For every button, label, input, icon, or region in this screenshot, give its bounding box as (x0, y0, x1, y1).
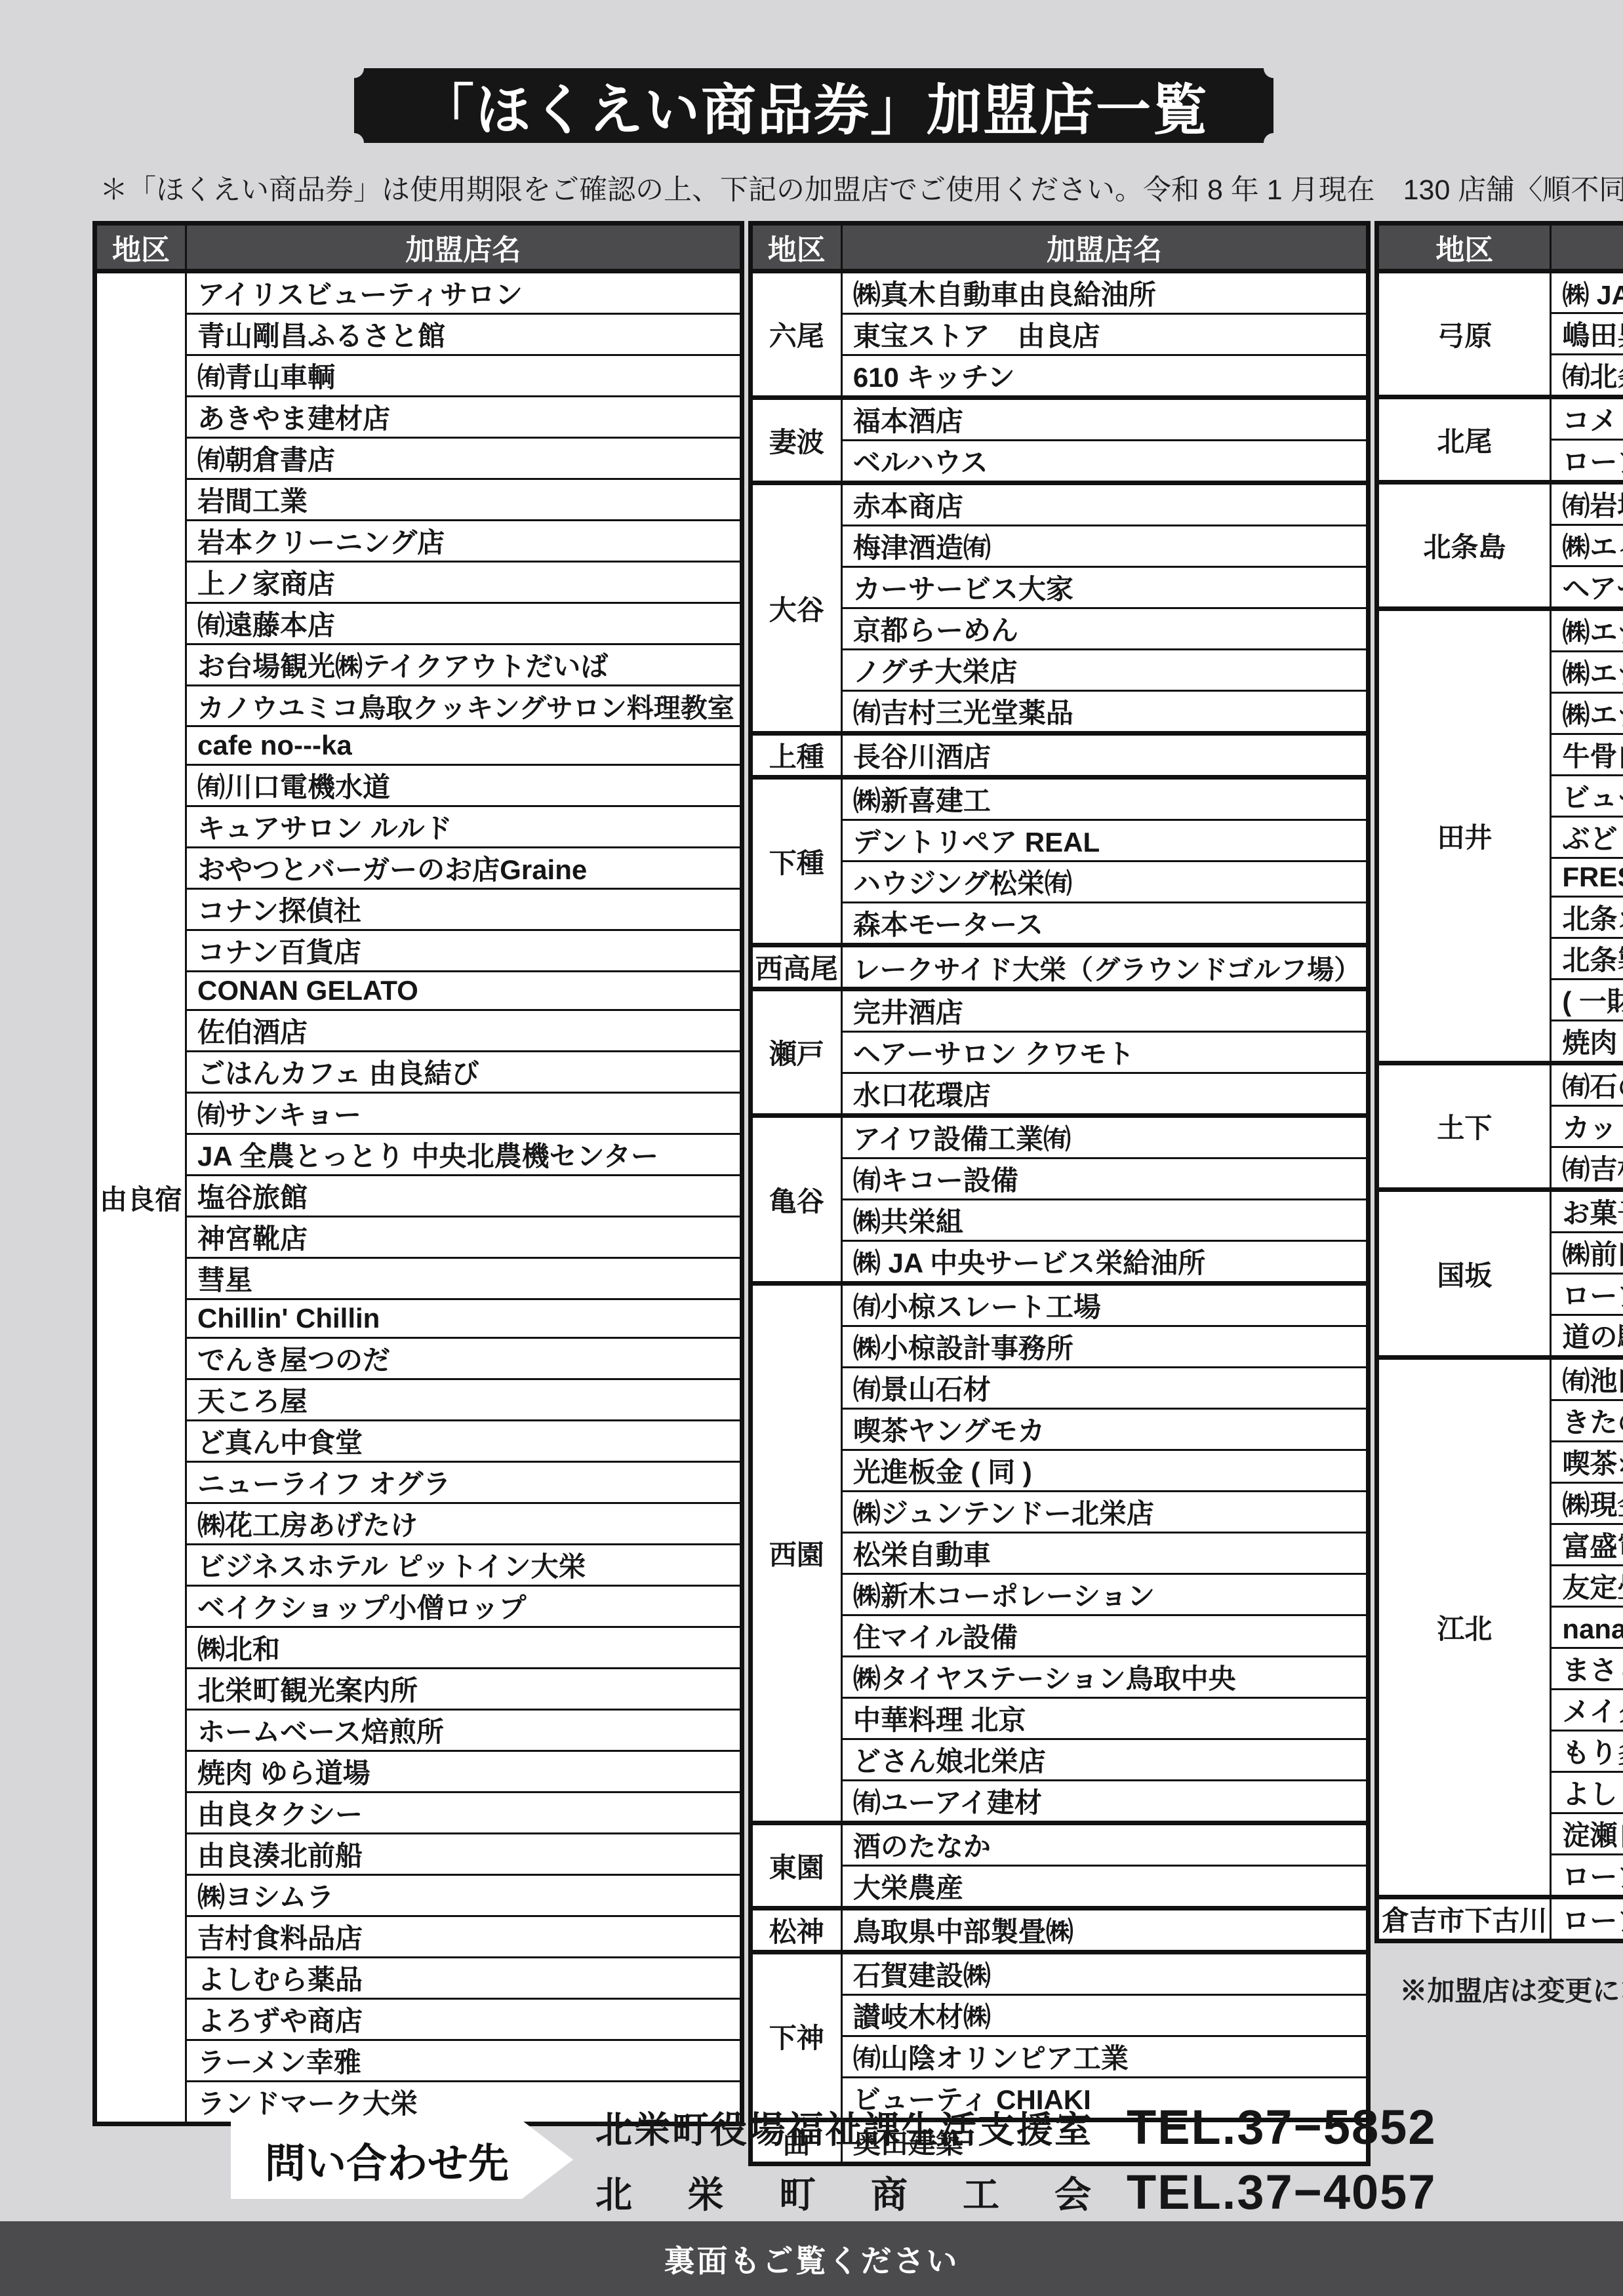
store-cell: 嶋田呉服店 (1551, 313, 1623, 355)
table-row: 佐伯酒店 (95, 1010, 742, 1052)
store-name: ㈱北和 (197, 1628, 280, 1667)
store-cell: 佐伯酒店 (186, 1010, 742, 1052)
store-cell: ㈱ JA中央サービス下北条給油所 (1551, 271, 1623, 313)
table-row: 北条島㈲岩垣組 (1377, 483, 1623, 525)
store-name: 岩本クリーニング店 (197, 521, 445, 561)
table-row: 由良タクシー (95, 1792, 742, 1834)
store-name: 梅津酒造㈲ (853, 526, 991, 566)
district-cell: 北条島 (1377, 483, 1551, 609)
table-row: ベイクショップ小僧ロップ (95, 1586, 742, 1627)
store-cell: 岩間工業 (186, 479, 742, 521)
table-row: どさん娘北栄店 (750, 1739, 1369, 1781)
store-cell: カノウユミコ鳥取クッキングサロン料理教室 (186, 686, 742, 726)
store-cell: cafe no---ka (186, 726, 742, 765)
store-name: 東宝ストア 由良店 (853, 315, 1100, 354)
store-cell: ビューティーサロンかわもと (1551, 776, 1623, 817)
store-name: CONAN GELATO (197, 975, 418, 1006)
store-cell: ぶどうの木 (1551, 817, 1623, 858)
store-name: 喫茶ヤングモカ (853, 1410, 1045, 1449)
store-cell: 北栄町観光案内所 (186, 1669, 742, 1710)
table-row: ㈱北和 (95, 1627, 742, 1669)
store-cell: お菓子工房 Sora (1551, 1190, 1623, 1233)
store-name: ごはんカフェ 由良結び (197, 1052, 479, 1092)
member-store-table: 地区加盟店名弓原㈱ JA中央サービス下北条給油所嶋田呉服店㈲北条サイクル北尾コメ… (1374, 221, 1623, 1943)
store-name: 大栄農産 (853, 1867, 963, 1906)
store-name: 京都らーめん (853, 609, 1018, 648)
table-row: ㈱ジュンテンドー北栄店 (750, 1492, 1369, 1533)
table-row: 下神石賀建設㈱ (750, 1952, 1369, 1995)
table-row: CONAN GELATO (95, 972, 742, 1010)
district-label: 亀谷 (769, 1180, 824, 1219)
store-cell: ローソン北栄町北尾店 (1551, 440, 1623, 483)
store-name: 北条製麺所 (1562, 939, 1623, 978)
table-row: 天ころ屋 (95, 1379, 742, 1421)
store-name: 住マイル設備 (853, 1616, 1018, 1655)
store-name: 北栄町観光案内所 (197, 1669, 418, 1709)
store-cell: お台場観光㈱テイクアウトだいば (186, 644, 742, 686)
store-name: 焼肉 ゆら道場 (197, 1752, 371, 1791)
store-name: メイクショップなな (1562, 1690, 1623, 1730)
store-cell: コメリハード＆グリーン北条店 (1551, 397, 1623, 440)
store-name: ㈱前田自動車 (1562, 1233, 1623, 1273)
district-label: 六尾 (769, 315, 824, 354)
district-label: 北尾 (1437, 420, 1492, 460)
table-row: 由良湊北前船 (95, 1834, 742, 1875)
store-cell: 富盛電器店 (1551, 1524, 1623, 1566)
store-cell: ローソン倉吉下古川店 (1551, 1897, 1623, 1941)
store-name: ローソン・ポプラ北栄町江北店 (1562, 1855, 1623, 1895)
contact-entry: 北栄町役場福祉課生活支援室 TEL.37−5852 (595, 2099, 1436, 2155)
title-corner-notch (344, 133, 364, 153)
store-cell: おやつとバーガーのお店Graine (186, 848, 742, 889)
table-row: 岩本クリーニング店 (95, 521, 742, 562)
table-row: 喫茶ヤングモカ (750, 1409, 1369, 1450)
store-cell: 喫茶ポルシェ (1551, 1442, 1623, 1483)
store-cell: ㈱エナテクスサービス (1551, 652, 1623, 693)
store-name: ㈲小椋スレート工場 (853, 1286, 1101, 1325)
store-cell: 610 キッチン (841, 355, 1369, 398)
back-side-note: 裏面もご覧ください (664, 2237, 959, 2281)
store-cell: まさこ美容室 (1551, 1648, 1623, 1690)
store-cell: ㈱エナテクス (1551, 609, 1623, 652)
store-cell: アイワ設備工業㈲ (841, 1116, 1369, 1158)
title-corner-notch (344, 58, 364, 78)
store-name: 光進板金 ( 同 ) (853, 1451, 1032, 1490)
store-name: 北条オートキャンプ場 (1562, 898, 1623, 937)
store-name: 由良湊北前船 (197, 1834, 363, 1874)
store-name: 由良タクシー (197, 1793, 363, 1832)
store-cell: FRESH GELATO GAGA (1551, 858, 1623, 897)
store-header: 加盟店名 (186, 224, 742, 271)
table-row: 住マイル設備 (750, 1615, 1369, 1657)
table-row: 森本モータース (750, 903, 1369, 945)
table-row: 倉吉市下古川ローソン倉吉下古川店 (1377, 1897, 1623, 1941)
district-cell: 松神 (750, 1909, 841, 1952)
store-cell: キュアサロン ルルド (186, 806, 742, 848)
table-row: ㈱花工房あげたけ (95, 1503, 742, 1545)
store-cell: ㈲岩垣組 (1551, 483, 1623, 525)
store-name: よろずや商店 (197, 2000, 363, 2039)
store-cell: 道の駅ほうじょう※物産館のみ (1551, 1315, 1623, 1358)
store-cell: ㈱北和 (186, 1627, 742, 1669)
table-row: ㈲吉村三光堂薬品 (750, 691, 1369, 734)
store-name: 青山剛昌ふるさと館 (197, 315, 445, 354)
table-row: 東宝ストア 由良店 (750, 314, 1369, 355)
table-row: 松栄自動車 (750, 1533, 1369, 1574)
store-cell: ㈲キコー設備 (841, 1158, 1369, 1200)
district-label: 由良宿 (100, 1178, 182, 1217)
store-cell: ㈲石のなかはら (1551, 1063, 1623, 1106)
district-label: 大谷 (769, 589, 824, 628)
store-name: ㈲岩垣組 (1562, 485, 1623, 524)
store-name: 佐伯酒店 (197, 1011, 308, 1050)
table-row: ㈲キコー設備 (750, 1158, 1369, 1200)
store-cell: 水口花環店 (841, 1073, 1369, 1116)
district-cell: 西園 (750, 1284, 841, 1823)
store-cell: ㈲池田自動車整備工業 (1551, 1358, 1623, 1400)
flyer-page: 「ほくえい商品券」加盟店一覧 ＊「ほくえい商品券」は使用期限をご確認の上、下記の… (0, 0, 1623, 2296)
store-cell: 北条製麺所 (1551, 938, 1623, 980)
store-cell: 鳥取県中部製畳㈱ (841, 1909, 1369, 1952)
store-name: 福本酒店 (853, 400, 963, 439)
store-cell: ㈲吉村オートサービス (1551, 1147, 1623, 1190)
store-name: ㈲北条サイクル (1562, 355, 1623, 395)
district-cell: 瀬戸 (750, 989, 841, 1116)
district-cell: 弓原 (1377, 271, 1551, 397)
table-row: ㈲景山石材 (750, 1368, 1369, 1409)
store-cell: CONAN GELATO (186, 972, 742, 1010)
table-row: ㈱ JA 中央サービス栄給油所 (750, 1241, 1369, 1284)
table-row: ㈲遠藤本店 (95, 603, 742, 644)
district-label: 瀬戸 (769, 1033, 824, 1072)
store-cell: ㈱ JA 中央サービス栄給油所 (841, 1241, 1369, 1284)
store-name: ど真ん中食堂 (197, 1421, 363, 1461)
district-cell: 国坂 (1377, 1190, 1551, 1358)
table-row: 下種㈱新喜建工 (750, 778, 1369, 820)
store-cell: ノグチ大栄店 (841, 650, 1369, 691)
store-cell: レークサイド大栄（グラウンドゴルフ場） (841, 945, 1369, 989)
store-cell: ㈲青山車輌 (186, 355, 742, 397)
district-label: 下種 (769, 842, 824, 881)
store-cell: ㈲朝倉書店 (186, 438, 742, 479)
store-cell: ㈲小椋スレート工場 (841, 1284, 1369, 1326)
store-cell: どさん娘北栄店 (841, 1739, 1369, 1781)
district-label: 松神 (769, 1910, 824, 1950)
table-row: コナン百貨店 (95, 930, 742, 972)
table-row: ㈲朝倉書店 (95, 438, 742, 479)
store-name: 中華料理 北京 (853, 1699, 1026, 1738)
store-name: コナン探偵社 (197, 890, 361, 929)
store-name: 塩谷旅館 (197, 1176, 308, 1216)
usage-note-date: 令和 8 年 1 月現在 130 店舗 (1143, 168, 1514, 208)
store-name: キュアサロン ルルド (197, 807, 452, 846)
store-cell: 赤本商店 (841, 483, 1369, 526)
district-label: 北条島 (1423, 526, 1506, 565)
store-cell: ベイクショップ小僧ロップ (186, 1586, 742, 1627)
store-name: よしくんの焼鳥 (1562, 1773, 1623, 1812)
store-name: ㈲石のなかはら (1562, 1065, 1623, 1105)
store-cell: メイクショップなな (1551, 1690, 1623, 1731)
store-cell: 天ころ屋 (186, 1379, 742, 1421)
store-cell: アイリスビューティサロン (186, 271, 742, 314)
table-row: 水口花環店 (750, 1073, 1369, 1116)
district-cell: 下神 (750, 1952, 841, 2120)
district-cell: 妻波 (750, 398, 841, 483)
store-name: 赤本商店 (853, 485, 963, 525)
table-row: 大栄農産 (750, 1866, 1369, 1909)
store-name: 彗星 (197, 1259, 252, 1298)
store-cell: ㈱共栄組 (841, 1200, 1369, 1241)
district-cell: 下種 (750, 778, 841, 945)
district-label: 妻波 (769, 421, 824, 460)
store-name: ㈱新喜建工 (853, 780, 991, 819)
store-cell: nanakusa 木鳥 (1551, 1607, 1623, 1648)
store-cell: ( 一財 ) 北栄スポーツクラブ (1551, 980, 1623, 1021)
store-cell: ビジネスホテル ピットイン大栄 (186, 1545, 742, 1586)
store-name: お菓子工房 Sora (1562, 1192, 1623, 1231)
store-table-column-2: 地区加盟店名六尾㈱真木自動車由良給油所東宝ストア 由良店610 キッチン妻波福本… (748, 221, 1371, 2166)
district-cell: 由良宿 (95, 271, 186, 2124)
store-cell: きたのでんき㈲ (1551, 1400, 1623, 1442)
table-row: ㈲山陰オリンピア工業 (750, 2036, 1369, 2078)
table-row: あきやま建材店 (95, 397, 742, 438)
title-banner: 「ほくえい商品券」加盟店一覧 (354, 68, 1273, 143)
store-cell: ㈲景山石材 (841, 1368, 1369, 1409)
store-name: ㈱現金問屋 AJ ショップ (1562, 1484, 1623, 1523)
store-name: あきやま建材店 (197, 397, 390, 437)
store-name: ヘアーサロン クワモト (853, 1033, 1134, 1072)
store-name: ㈱小椋設計事務所 (853, 1327, 1073, 1366)
store-cell: あきやま建材店 (186, 397, 742, 438)
table-row: お台場観光㈱テイクアウトだいば (95, 644, 742, 686)
store-name: ㈲ユーアイ建材 (853, 1781, 1042, 1821)
store-cell: 松栄自動車 (841, 1533, 1369, 1574)
store-name: おやつとバーガーのお店Graine (197, 848, 587, 888)
district-label: 下神 (769, 2017, 824, 2056)
table-row: 610 キッチン (750, 355, 1369, 398)
district-cell: 倉吉市下古川 (1377, 1897, 1551, 1941)
store-cell: 光進板金 ( 同 ) (841, 1450, 1369, 1492)
district-label: 田井 (1437, 816, 1492, 856)
store-list-tables: 地区加盟店名由良宿アイリスビューティサロン青山剛昌ふるさと館㈲青山車輌あきやま建… (92, 221, 1623, 2166)
table-row: でんき屋つのだ (95, 1338, 742, 1379)
store-cell: 焼肉 ゆら道場 (186, 1751, 742, 1792)
store-name: 上ノ家商店 (197, 563, 335, 602)
store-name: まさこ美容室 (1562, 1649, 1623, 1688)
table-row: ヘアーサロン クワモト (750, 1032, 1369, 1073)
contact-entries: 北栄町役場福祉課生活支援室 TEL.37−5852 北栄町商工会 TEL.37−… (595, 2099, 1436, 2220)
contact-name: 北栄町商工会 (595, 2166, 1091, 2219)
district-label: 東園 (769, 1846, 824, 1886)
store-name: 長谷川酒店 (853, 736, 991, 775)
usage-note-text: ＊「ほくえい商品券」は使用期限をご確認の上、下記の加盟店でご使用ください。 (100, 168, 1143, 208)
store-name: ラーメン幸雅 (197, 2041, 361, 2080)
store-name: ニューライフ オグラ (197, 1463, 451, 1502)
store-name: レークサイド大栄（グラウンドゴルフ場） (853, 948, 1361, 987)
district-label: 倉吉市下古川 (1382, 1899, 1547, 1939)
store-name: ㈱タイヤステーション鳥取中央 (853, 1657, 1236, 1697)
store-cell: 住マイル設備 (841, 1615, 1369, 1657)
district-label: 西高尾 (755, 947, 838, 987)
store-cell: ㈲山陰オリンピア工業 (841, 2036, 1369, 2078)
table-row: ごはんカフェ 由良結び (95, 1052, 742, 1093)
table-row: カノウユミコ鳥取クッキングサロン料理教室 (95, 686, 742, 726)
store-cell: 青山剛昌ふるさと館 (186, 314, 742, 355)
table-row: ビジネスホテル ピットイン大栄 (95, 1545, 742, 1586)
table-row: ベルハウス (750, 441, 1369, 483)
store-name: ㈱真木自動車由良給油所 (853, 273, 1156, 313)
table-row: 西高尾レークサイド大栄（グラウンドゴルフ場） (750, 945, 1369, 989)
table-row: 松神鳥取県中部製畳㈱ (750, 1909, 1369, 1952)
store-name: 石賀建設㈱ (853, 1954, 991, 1994)
table-row: ラーメン幸雅 (95, 2040, 742, 2082)
table-row: ㈱共栄組 (750, 1200, 1369, 1241)
store-cell: ㈱ジュンテンドー北栄店 (841, 1492, 1369, 1533)
store-cell: Chillin' Chillin (186, 1299, 742, 1338)
store-name: ベルハウス (853, 441, 988, 481)
store-name: カーサービス大家 (853, 568, 1073, 607)
contact-label-arrow: 問い合わせ先 (231, 2120, 573, 2199)
store-name: 牛骨白湯ラーメン一たす (1562, 735, 1623, 774)
usage-note: ＊「ほくえい商品券」は使用期限をご確認の上、下記の加盟店でご使用ください。 令和… (100, 168, 1539, 208)
table-row: ㈱ヨシムラ (95, 1875, 742, 1916)
store-name: ホームベース焙煎所 (197, 1711, 444, 1750)
store-name: コメリハード＆グリーン北条店 (1562, 399, 1623, 439)
store-name: ローソン倉吉下古川店 (1562, 1899, 1623, 1939)
store-name: ( 一財 ) 北栄スポーツクラブ (1562, 980, 1623, 1019)
store-cell: コナン探偵社 (186, 889, 742, 930)
table-row: カーサービス大家 (750, 567, 1369, 608)
store-name: ㈲吉村オートサービス (1562, 1148, 1623, 1187)
store-cell: ㈲北条サイクル (1551, 355, 1623, 397)
store-cell: ㈲遠藤本店 (186, 603, 742, 644)
store-name: ㈱ JA 中央サービス栄給油所 (853, 1242, 1205, 1281)
district-label: 上種 (769, 736, 824, 775)
store-cell: ㈱新木コーポレーション (841, 1574, 1369, 1615)
table-row: 田井㈱エナテクス (1377, 609, 1623, 652)
store-name: ㈱新木コーポレーション (853, 1575, 1155, 1614)
store-cell: ㈱前田自動車 (1551, 1233, 1623, 1274)
district-header: 地区 (95, 224, 186, 271)
district-cell: 亀谷 (750, 1116, 841, 1284)
contact-entry: 北栄町商工会 TEL.37−4057 (595, 2164, 1436, 2220)
store-cell: ハウジング松栄㈲ (841, 861, 1369, 903)
contact-tel: TEL.37−4057 (1127, 2164, 1436, 2220)
store-cell: ㈲川口電機水道 (186, 765, 742, 806)
store-cell: ホームベース焙煎所 (186, 1710, 742, 1751)
contact-section: 問い合わせ先 北栄町役場福祉課生活支援室 TEL.37−5852 北栄町商工会 … (231, 2099, 1436, 2220)
store-cell: 上ノ家商店 (186, 562, 742, 603)
store-cell: ベルハウス (841, 441, 1369, 483)
store-name: ローソン北栄町北尾店 (1562, 441, 1623, 480)
table-row: コナン探偵社 (95, 889, 742, 930)
district-cell: 西高尾 (750, 945, 841, 989)
table-row: ホームベース焙煎所 (95, 1710, 742, 1751)
table-row: 焼肉 ゆら道場 (95, 1751, 742, 1792)
store-cell: よしむら薬品 (186, 1958, 742, 1999)
title-corner-notch (1264, 133, 1283, 153)
district-label: 土下 (1437, 1107, 1492, 1146)
store-cell: ㈱エナテクスソーラー (1551, 693, 1623, 734)
store-cell: 神宮靴店 (186, 1217, 742, 1258)
store-name: ㈱エナテクスソーラー (1562, 694, 1623, 733)
store-cell: カットサロン ヨシカワ (1551, 1106, 1623, 1147)
store-table-column-3: 地区加盟店名弓原㈱ JA中央サービス下北条給油所嶋田呉服店㈲北条サイクル北尾コメ… (1374, 221, 1623, 2009)
store-name: 水口花環店 (853, 1074, 991, 1113)
store-name: 富盛電器店 (1562, 1525, 1623, 1564)
store-name: ㈲池田自動車整備工業 (1562, 1360, 1623, 1399)
table-row: 京都らーめん (750, 608, 1369, 650)
table-row: 神宮靴店 (95, 1217, 742, 1258)
table-row: JA 全農とっとり 中央北農機センター (95, 1134, 742, 1176)
usage-note-order: 〈順不同〉 (1514, 168, 1623, 208)
table-row: ㈲サンキョー (95, 1093, 742, 1134)
contact-name: 北栄町役場福祉課生活支援室 (595, 2101, 1091, 2154)
table-row: 岩間工業 (95, 479, 742, 521)
table-row: ど真ん中食堂 (95, 1421, 742, 1462)
table-row: 北尾コメリハード＆グリーン北条店 (1377, 397, 1623, 440)
table-row: 北栄町観光案内所 (95, 1669, 742, 1710)
store-name: 喫茶ポルシェ (1562, 1442, 1623, 1482)
store-name: アイワ設備工業㈲ (853, 1118, 1071, 1157)
district-header: 地区 (1377, 224, 1551, 271)
store-name: ㈱エイチアグリ (1562, 526, 1623, 565)
store-name: 友定畳店 (1562, 1566, 1623, 1606)
store-name: 岩間工業 (197, 480, 308, 519)
table-row: 讃岐木材㈱ (750, 1995, 1369, 2036)
store-name: ㈱ジュンテンドー北栄店 (853, 1492, 1154, 1532)
store-name: よしむら薬品 (197, 1958, 363, 1998)
table-row: ㈱新木コーポレーション (750, 1574, 1369, 1615)
store-name: コナン百貨店 (197, 931, 361, 970)
table-row: ニューライフ オグラ (95, 1462, 742, 1503)
back-side-banner: 裏面もご覧ください (0, 2221, 1623, 2296)
store-name: ㈱花工房あげたけ (197, 1504, 418, 1543)
store-cell: ローソン・ポプラ北栄町江北店 (1551, 1855, 1623, 1897)
table-row: 瀬戸完井酒店 (750, 989, 1369, 1032)
store-name: ぶどうの木 (1562, 818, 1623, 857)
table-row: 国坂お菓子工房 Sora (1377, 1190, 1623, 1233)
store-name: ㈲キコー設備 (853, 1159, 1018, 1198)
store-cell: コナン百貨店 (186, 930, 742, 972)
store-name: ヘアーサロンおかざき (1562, 567, 1623, 606)
table-row: ㈲川口電機水道 (95, 765, 742, 806)
store-cell: ㈱新喜建工 (841, 778, 1369, 820)
store-cell: ㈲吉村三光堂薬品 (841, 691, 1369, 734)
district-cell: 大谷 (750, 483, 841, 734)
store-cell: ㈱エイチアグリ (1551, 525, 1623, 566)
store-name: デントリペア REAL (853, 821, 1100, 860)
table-row: 大谷赤本商店 (750, 483, 1369, 526)
store-cell: よろずや商店 (186, 1999, 742, 2040)
store-cell: カーサービス大家 (841, 567, 1369, 608)
member-store-table: 地区加盟店名由良宿アイリスビューティサロン青山剛昌ふるさと館㈲青山車輌あきやま建… (92, 221, 744, 2126)
store-name: ビジネスホテル ピットイン大栄 (197, 1545, 586, 1585)
store-name: もり多 (1562, 1732, 1623, 1771)
store-cell: ごはんカフェ 由良結び (186, 1052, 742, 1093)
store-name: 焼肉 母大笑 (1562, 1021, 1623, 1061)
district-cell: 東園 (750, 1823, 841, 1909)
table-row: よしむら薬品 (95, 1958, 742, 1999)
table-row: デントリペア REAL (750, 820, 1369, 861)
store-cell: 北条オートキャンプ場 (1551, 897, 1623, 938)
table-row: 塩谷旅館 (95, 1176, 742, 1217)
store-name: 道の駅ほうじょう※物産館のみ (1562, 1316, 1623, 1355)
store-cell: ㈱花工房あげたけ (186, 1503, 742, 1545)
store-cell: JA 全農とっとり 中央北農機センター (186, 1134, 742, 1176)
store-cell: 中華料理 北京 (841, 1698, 1369, 1739)
store-cell: 福本酒店 (841, 398, 1369, 441)
